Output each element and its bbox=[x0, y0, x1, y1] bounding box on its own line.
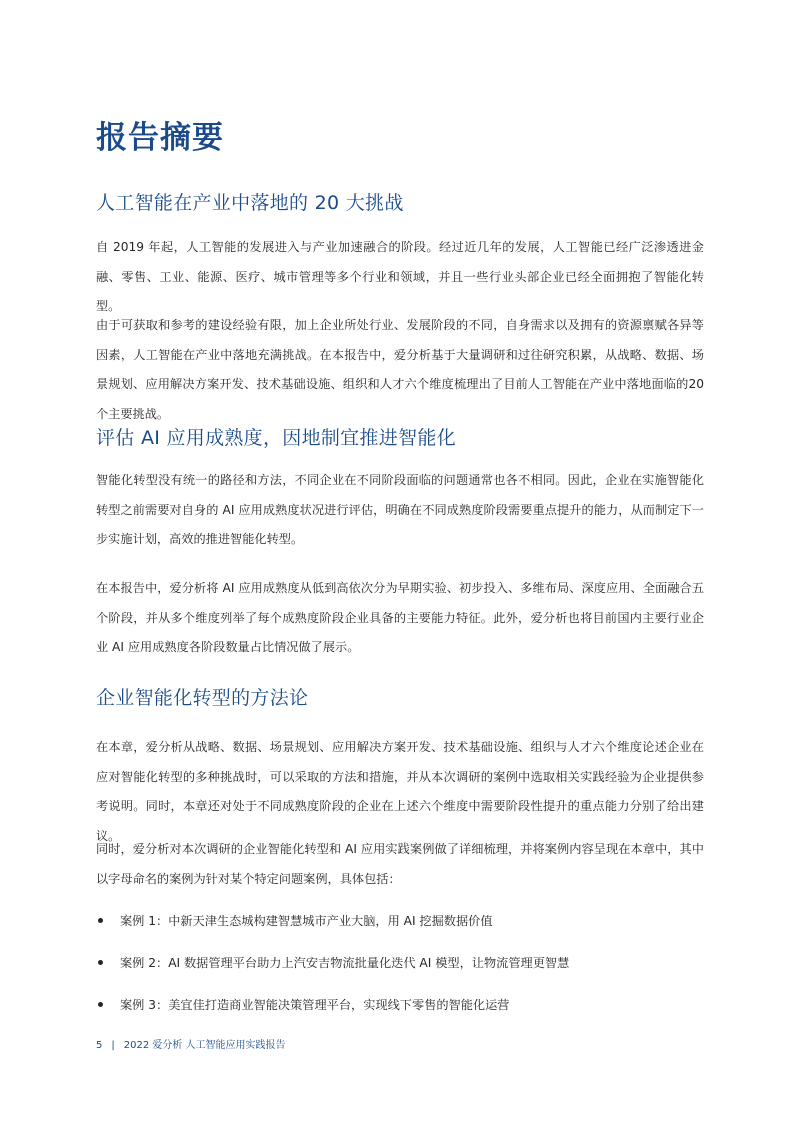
page-number: 5 bbox=[96, 1040, 102, 1051]
paragraph: 在本报告中，爱分析将 AI 应用成熟度从低到高依次分为早期实验、初步投入、多维布… bbox=[96, 574, 704, 663]
paragraph: 由于可获取和参考的建设经验有限，加上企业所处行业、发展阶段的不同，自身需求以及拥… bbox=[96, 311, 704, 429]
paragraph: 智能化转型没有统一的路径和方法，不同企业在不同阶段面临的问题通常也各不相同。因此… bbox=[96, 466, 704, 555]
footer-separator: | bbox=[111, 1040, 114, 1051]
section-heading-challenges: 人工智能在产业中落地的 20 大挑战 bbox=[96, 188, 404, 215]
paragraph: 在本章，爱分析从战略、数据、场景规划、应用解决方案开发、技术基础设施、组织与人才… bbox=[96, 733, 704, 851]
page-title: 报告摘要 bbox=[96, 112, 224, 157]
section-heading-methodology: 企业智能化转型的方法论 bbox=[96, 683, 308, 710]
list-item-text: 案例 3：美宜佳打造商业智能决策管理平台，实现线下零售的智能化运营 bbox=[120, 990, 509, 1020]
list-item-text: 案例 2：AI 数据管理平台助力上汽安吉物流批量化迭代 AI 模型，让物流管理更… bbox=[120, 948, 569, 978]
section-heading-maturity: 评估 AI 应用成熟度，因地制宜推进智能化 bbox=[96, 423, 456, 450]
bullet-icon bbox=[98, 960, 103, 965]
bullet-icon bbox=[98, 918, 103, 923]
page-footer: 5|2022 爱分析 人工智能应用实践报告 bbox=[96, 1036, 286, 1051]
bullet-icon bbox=[98, 1002, 103, 1007]
list-item-text: 案例 1：中新天津生态城构建智慧城市产业大脑，用 AI 挖掘数据价值 bbox=[120, 906, 493, 936]
paragraph: 同时，爱分析对本次调研的企业智能化转型和 AI 应用实践案例做了详细梳理，并将案… bbox=[96, 835, 704, 894]
paragraph: 自 2019 年起，人工智能的发展进入与产业加速融合的阶段。经过近几年的发展，人… bbox=[96, 233, 704, 322]
report-name: 2022 爱分析 人工智能应用实践报告 bbox=[124, 1040, 286, 1051]
